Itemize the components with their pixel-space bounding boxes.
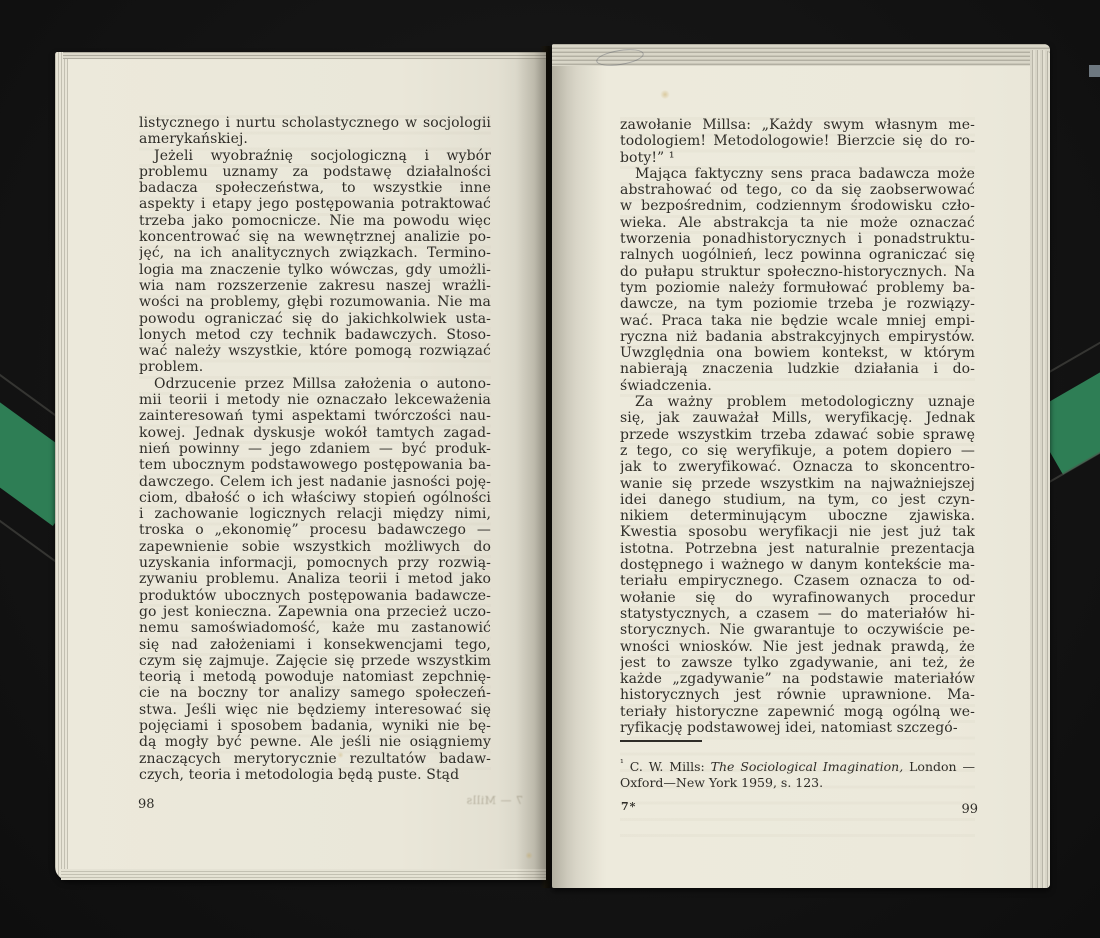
text-line: pojęciami i sposobem badania, wyniki nie…: [139, 718, 491, 734]
text-line: ryczna niż badania abstrakcyjnych empiry…: [620, 329, 975, 345]
left-page-text: listycznego i nurtu scholastycznego w so…: [139, 115, 491, 783]
text-line: Jeżeli wyobraźnię socjologiczną i wybór: [139, 148, 491, 164]
page-stack-edge-right: [1030, 50, 1050, 888]
text-line: statystycznych, a czasem — do materiałów…: [620, 606, 975, 622]
text-line: nikiem determinującym uboczne zjawiska.: [620, 508, 975, 524]
footnote: ¹ C. W. Mills: The Sociological Imaginat…: [620, 756, 975, 790]
page-number: 98: [138, 797, 155, 812]
text-line: nabierają znaczenia ludzkie działania i …: [620, 361, 975, 377]
text-line: wanie się przede wszystkim na najważniej…: [620, 476, 975, 492]
text-line: mii teorii i metody nie oznaczało lekcew…: [139, 392, 491, 408]
text-line: ryfikację podstawowej idei, natomiast sz…: [620, 720, 975, 736]
right-page-text: zawołanie Millsa: „Każdy swym własnym me…: [620, 117, 975, 736]
footnote-book-title: The Sociological Imagination,: [711, 759, 904, 774]
page-stack-edge-left: [55, 52, 68, 880]
text-line: lonych metod czy technik badawczych. Sto…: [139, 327, 491, 343]
text-line: wności wniosków. Nie jest jednak prawdą,…: [620, 639, 975, 655]
text-line: boty!” ¹: [620, 150, 975, 166]
text-line: powodu ograniczać się do jakichkolwiek u…: [139, 311, 491, 327]
text-line: aspekty i etapy jego postępowania potrak…: [139, 196, 491, 212]
text-line: badacza społeczeństwa, to wszystkie inne: [139, 180, 491, 196]
text-line: zawołanie Millsa: „Każdy swym własnym me…: [620, 117, 975, 133]
text-line: cie na boczny tor analizy samego społecz…: [139, 685, 491, 701]
paragraph: Odrzucenie przez Millsa założenia o auto…: [139, 376, 491, 783]
text-line: istotna. Potrzebna jest naturalnie preze…: [620, 541, 975, 557]
text-line: czym się zajmuje. Zajęcie się przede wsz…: [139, 653, 491, 669]
text-line: abstrahować od tego, co da się zaobserwo…: [620, 182, 975, 198]
text-line: wieka. Ale abstrakcja ta nie może oznacz…: [620, 215, 975, 231]
text-line: Uwzględnia ona bowiem kontekst, w którym: [620, 345, 975, 361]
text-line: tworzenia ponadhistorycznych i ponadstru…: [620, 231, 975, 247]
text-line: przede wszystkim trzeba zdawać sobie spr…: [620, 427, 975, 443]
text-line: trzeba jako pomocnicze. Nie ma powodu wi…: [139, 213, 491, 229]
text-line: Odrzucenie przez Millsa założenia o auto…: [139, 376, 491, 392]
text-line: problem.: [139, 359, 491, 375]
paragraph: Za ważny problem metodologiczny uznajesi…: [620, 394, 975, 736]
text-line: znaczących merytorycznie rezultatów bada…: [139, 751, 491, 767]
text-line: świadczenia.: [620, 378, 975, 394]
text-line: zainteresowań tymi aspektami twórczości …: [139, 408, 491, 424]
paragraph: listycznego i nurtu scholastycznego w so…: [139, 115, 491, 148]
text-line: w bezpośrednim, codziennym środowisku cz…: [620, 198, 975, 214]
text-line: jak to zweryfikować. Oznacza to skoncent…: [620, 459, 975, 475]
text-line: dostępnego i ważnego w danym kontekście …: [620, 557, 975, 573]
footnote-text-prefix: C. W. Mills:: [624, 759, 711, 774]
printer-signature-mark: 7*: [621, 800, 636, 813]
text-line: dą mogły być pewne. Ale jeśli nie osiągn…: [139, 734, 491, 750]
text-line: amerykańskiej.: [139, 131, 491, 147]
text-line: każde „zgadywanie” na podstawie materiał…: [620, 671, 975, 687]
text-line: listycznego i nurtu scholastycznego w so…: [139, 115, 491, 131]
right-page: zawołanie Millsa: „Każdy swym własnym me…: [552, 44, 1050, 888]
text-line: teriały historyczne zapewnić mogą ogólną…: [620, 704, 975, 720]
text-line: todologiem! Metodologowie! Bierzcie się …: [620, 133, 975, 149]
text-line: się nad założeniami i konsekwencjami teg…: [139, 637, 491, 653]
text-line: idei danego studium, na tym, co jest czy…: [620, 492, 975, 508]
gutter-shadow: [516, 52, 546, 880]
text-line: ciom, dbałość o ich właściwy stopień ogó…: [139, 490, 491, 506]
text-line: produktów ubocznych postępowania badawcz…: [139, 588, 491, 604]
gutter-shadow: [552, 66, 607, 888]
text-line: dawcze, na tym poziomie trzeba je rozwią…: [620, 296, 975, 312]
paragraph: Jeżeli wyobraźnię socjologiczną i wybórp…: [139, 148, 491, 376]
text-line: tem ubocznym podstawowego postępowania b…: [139, 457, 491, 473]
text-line: i zachowanie logicznych relacji między n…: [139, 506, 491, 522]
paragraph: zawołanie Millsa: „Każdy swym własnym me…: [620, 117, 975, 166]
text-line: problemu uznamy za podstawę działalności: [139, 164, 491, 180]
text-line: troska o „ekonomię” procesu badawczego —: [139, 522, 491, 538]
text-line: czych, teoria i metodologia będą puste. …: [139, 767, 491, 783]
text-line: teriału empirycznego. Czasem oznacza to …: [620, 573, 975, 589]
text-line: jęć, na ich analitycznych związkach. Ter…: [139, 245, 491, 261]
paragraph: Mająca faktyczny sens praca badawcza moż…: [620, 166, 975, 394]
text-line: zapewnienie sobie wszystkich możliwych d…: [139, 539, 491, 555]
background-gray-mark: [1089, 65, 1100, 77]
text-line: teorią i metodą powoduje natomiast zepch…: [139, 669, 491, 685]
text-line: zywaniu problemu. Analiza teorii i metod…: [139, 571, 491, 587]
text-line: wołanie się do wyrafinowanych procedur: [620, 590, 975, 606]
text-line: kowej. Jednak dyskusje wokół tamtych zag…: [139, 425, 491, 441]
page-stack-edge-bottom: [61, 869, 546, 880]
text-line: wia nam rozszerzenie zakresu naszej wraż…: [139, 278, 491, 294]
text-line: nień powinny — jego zdaniem — być produk…: [139, 441, 491, 457]
text-line: z tego, co się weryfikuje, a potem dopie…: [620, 443, 975, 459]
text-line: koncentrować się na wewnętrznej analizie…: [139, 229, 491, 245]
paper-stain: [660, 90, 670, 99]
text-line: ralnych uogólnień, lecz powinna ogranicz…: [620, 247, 975, 263]
text-line: jest to zawsze tylko zgadywanie, ani też…: [620, 655, 975, 671]
text-line: dawczego. Celem ich jest nadanie jasnośc…: [139, 474, 491, 490]
text-line: uzyskania informacji, pomocnych przy roz…: [139, 555, 491, 571]
text-line: do pułapu struktur społeczno-historyczny…: [620, 264, 975, 280]
text-line: stwa. Jeśli więc nie będziemy interesowa…: [139, 702, 491, 718]
text-line: go jest konieczna. Zapewnia ona przecież…: [139, 604, 491, 620]
left-page: listycznego i nurtu scholastycznego w so…: [55, 52, 546, 880]
page-number: 99: [961, 802, 978, 817]
text-line: Kwestia sposobu weryfikacji nie jest już…: [620, 524, 975, 540]
text-line: wać należy wszystkie, które pomogą rozwi…: [139, 343, 491, 359]
text-line: Za ważny problem metodologiczny uznaje: [620, 394, 975, 410]
text-line: historycznych jest równie uprawnione. Ma…: [620, 687, 975, 703]
photo-background: listycznego i nurtu scholastycznego w so…: [0, 0, 1100, 938]
text-line: wać. Praca taka nie będzie wcale mniej e…: [620, 313, 975, 329]
text-line: się, jak zauważał Mills, weryfikację. Je…: [620, 410, 975, 426]
text-line: wości na problemy, głębi rozumowania. Ni…: [139, 294, 491, 310]
text-line: logia ma znaczenie tylko wówczas, gdy um…: [139, 262, 491, 278]
text-line: storycznych. Nie gwarantuje to oczywiści…: [620, 622, 975, 638]
text-line: tym poziomie należy formułować problemy …: [620, 280, 975, 296]
text-line: Mająca faktyczny sens praca badawcza moż…: [620, 166, 975, 182]
page-stack-edge-top: [63, 52, 546, 59]
show-through-signature: 7 — Mills: [453, 794, 523, 807]
text-line: nemu samoświadomość, każe mu zastanowić: [139, 620, 491, 636]
footnote-rule: [620, 740, 702, 742]
